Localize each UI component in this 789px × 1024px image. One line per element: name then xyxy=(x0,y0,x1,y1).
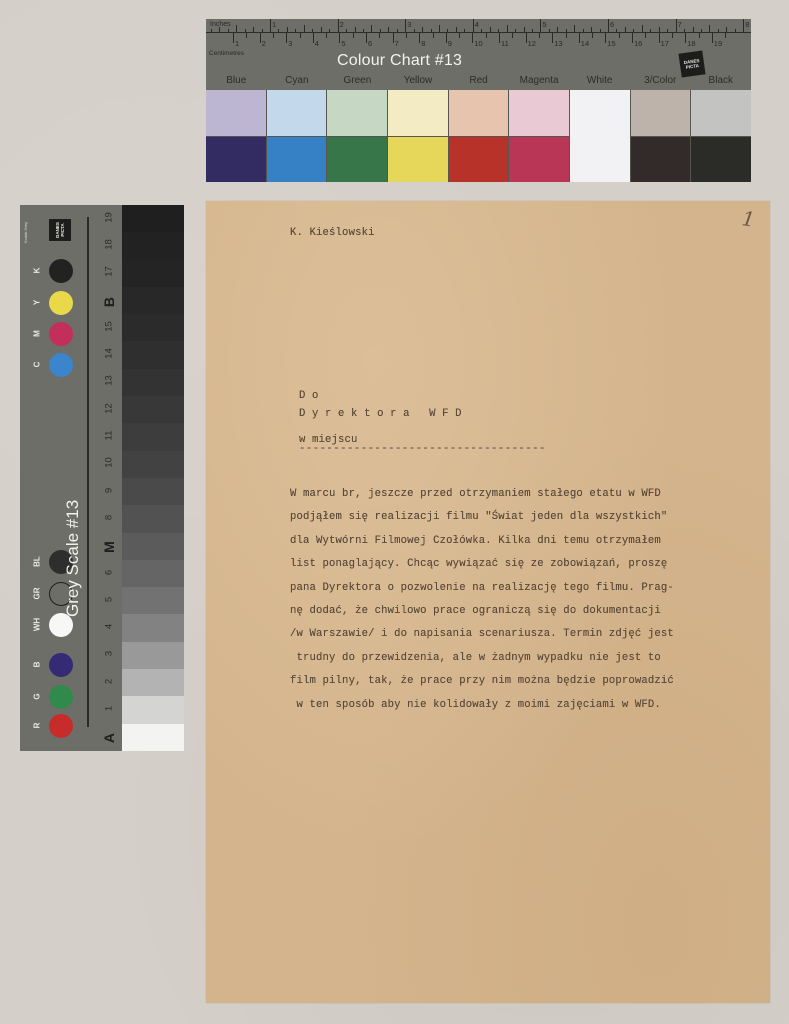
cm-tick xyxy=(446,33,447,43)
grey-step-m xyxy=(122,533,184,560)
minor-tick xyxy=(490,27,491,32)
half-cm-tick xyxy=(725,33,726,38)
grey-step-label: 2 xyxy=(104,672,115,690)
inch-tick-label: 1 xyxy=(272,20,276,29)
letter-body-line: pana Dyrektora o pozwolenie na realizacj… xyxy=(290,582,674,594)
typed-letter-page: 1 K. Kieślowski D o D y r e k t o r a W … xyxy=(206,201,770,1003)
grey-step-label: 19 xyxy=(104,208,115,226)
swatch-label: 3/Color xyxy=(630,75,691,89)
grey-step-a xyxy=(122,724,184,751)
cm-tick xyxy=(632,33,633,43)
cm-tick xyxy=(659,33,660,43)
cm-tick xyxy=(260,33,261,43)
letter-body-line: w ten sposób aby nie kolidowały z moimi … xyxy=(290,699,661,711)
swatch-label: Yellow xyxy=(388,75,449,89)
grey-step-label: 11 xyxy=(104,427,115,445)
half-cm-tick xyxy=(592,33,593,38)
minor-tick xyxy=(380,29,381,32)
half-cm-tick xyxy=(379,33,380,38)
colour-dot-label: C xyxy=(33,358,42,372)
cm-tick-label: 7 xyxy=(395,39,399,48)
cm-tick-label: 15 xyxy=(607,39,615,48)
cm-tick xyxy=(393,33,394,43)
minor-tick xyxy=(278,29,279,32)
swatch-label: Blue xyxy=(206,75,267,89)
colour-dot-label: Y xyxy=(33,296,42,310)
swatch-light-magenta xyxy=(509,90,569,136)
half-cm-tick xyxy=(699,33,700,38)
minor-tick xyxy=(228,29,229,32)
grey-step-5 xyxy=(122,587,184,614)
minor-tick xyxy=(684,29,685,32)
swatch-dark-black xyxy=(691,137,751,183)
colour-dot-m xyxy=(49,322,73,346)
grey-step-18 xyxy=(122,232,184,259)
grey-step-label: 17 xyxy=(104,263,115,281)
minor-tick xyxy=(583,29,584,32)
minor-tick xyxy=(481,29,482,32)
inch-tick-label: 6 xyxy=(610,20,614,29)
half-cm-tick xyxy=(486,33,487,38)
cm-tick-label: 3 xyxy=(288,39,292,48)
grey-step-label: 9 xyxy=(104,481,115,499)
cm-tick xyxy=(499,33,500,43)
cm-tick-label: 9 xyxy=(448,39,452,48)
minor-tick xyxy=(524,27,525,32)
recipient-underline: ------------------------------------ xyxy=(299,443,546,455)
colour-dot-y xyxy=(49,291,73,315)
grey-step-9 xyxy=(122,478,184,505)
cm-tick xyxy=(579,33,580,43)
cm-tick-label: 1 xyxy=(235,39,239,48)
cm-tick-label: 8 xyxy=(421,39,425,48)
colour-dot-r xyxy=(49,714,73,738)
colour-dot-label: R xyxy=(33,719,42,733)
inch-tick-label: 2 xyxy=(340,20,344,29)
colour-dot-label: GR xyxy=(33,587,42,601)
grey-step-label: 5 xyxy=(104,590,115,608)
swatch-label: White xyxy=(569,75,630,89)
cm-tick-label: 18 xyxy=(687,39,695,48)
inch-tick xyxy=(540,19,541,32)
half-cm-tick xyxy=(619,33,620,38)
recipient-line-2: D y r e k t o r a W F D xyxy=(299,408,462,420)
colour-chart-title: Colour Chart #13 xyxy=(337,52,462,70)
grey-step-label: 6 xyxy=(104,563,115,581)
swatch-label: Red xyxy=(448,75,509,89)
cm-tick-label: 11 xyxy=(501,39,509,48)
cm-tick xyxy=(526,33,527,43)
grey-step-label: B xyxy=(101,293,117,311)
grey-step-label: 12 xyxy=(104,399,115,417)
inch-tick xyxy=(743,19,744,32)
half-cm-tick xyxy=(433,33,434,38)
minor-tick xyxy=(600,29,601,32)
half-cm-tick xyxy=(459,33,460,38)
swatch-light-cyan xyxy=(267,90,327,136)
cm-tick-label: 6 xyxy=(368,39,372,48)
half-cm-tick xyxy=(353,33,354,38)
swatch-dark-red xyxy=(449,137,509,183)
minor-tick xyxy=(262,29,263,32)
half-cm-tick xyxy=(539,33,540,38)
grey-step-14 xyxy=(122,341,184,368)
minor-tick xyxy=(371,25,372,32)
minor-tick xyxy=(625,27,626,32)
swatch-dark-3-color xyxy=(631,137,691,183)
minor-tick xyxy=(397,29,398,32)
minor-tick xyxy=(321,27,322,32)
grey-scale-small-text: Kodak Grey xyxy=(23,222,28,243)
colour-dot-label: B xyxy=(33,658,42,672)
minor-tick xyxy=(236,25,237,32)
logo-text: DANES PICTA xyxy=(679,57,704,70)
swatch-dark-cyan xyxy=(267,137,327,183)
cm-tick xyxy=(472,33,473,43)
grey-step-b xyxy=(122,287,184,314)
minor-tick xyxy=(439,25,440,32)
minor-tick xyxy=(549,29,550,32)
grey-step-label: 1 xyxy=(104,700,115,718)
swatch-label: Black xyxy=(691,75,752,89)
grey-step-label: 14 xyxy=(104,345,115,363)
grey-step-4 xyxy=(122,614,184,641)
minor-tick xyxy=(211,29,212,32)
inch-tick-label: 4 xyxy=(475,20,479,29)
cm-tick-label: 4 xyxy=(315,39,319,48)
swatch-dark-blue xyxy=(206,137,266,183)
swatch-label: Magenta xyxy=(509,75,570,89)
minor-tick xyxy=(709,25,710,32)
logo-text: DANES PICTA xyxy=(55,219,65,241)
minor-tick xyxy=(346,29,347,32)
colour-dot-b xyxy=(49,653,73,677)
inch-tick-label: 3 xyxy=(407,20,411,29)
minor-tick xyxy=(219,27,220,32)
minor-tick xyxy=(532,29,533,32)
minor-tick xyxy=(304,25,305,32)
half-cm-tick xyxy=(406,33,407,38)
minor-tick xyxy=(431,29,432,32)
colour-dot-c xyxy=(49,353,73,377)
half-cm-tick xyxy=(512,33,513,38)
letter-body-line: film pilny, tak, że prace przy nim można… xyxy=(290,675,674,687)
colour-dot-label: K xyxy=(33,264,42,278)
letter-body-line: /w Warszawie/ i do napisania scenariusza… xyxy=(290,628,674,640)
minor-tick xyxy=(245,29,246,32)
inch-tick-label: 8 xyxy=(745,20,749,29)
swatch-light-white xyxy=(570,90,630,182)
colour-dot-label: WH xyxy=(33,618,42,632)
grey-step-13 xyxy=(122,369,184,396)
cm-tick xyxy=(605,33,606,43)
inch-tick xyxy=(676,19,677,32)
inch-tick-label: 5 xyxy=(542,20,546,29)
minor-tick xyxy=(515,29,516,32)
minor-tick xyxy=(701,29,702,32)
inch-tick xyxy=(608,19,609,32)
swatch-dark-magenta xyxy=(509,137,569,183)
swatch-labels: BlueCyanGreenYellowRedMagentaWhite3/Colo… xyxy=(206,75,751,89)
minor-tick xyxy=(388,27,389,32)
half-cm-tick xyxy=(300,33,301,38)
minor-tick xyxy=(718,29,719,32)
minor-tick xyxy=(287,27,288,32)
cm-tick-label: 13 xyxy=(554,39,562,48)
cm-tick-label: 12 xyxy=(528,39,536,48)
inch-tick-label: 7 xyxy=(678,20,682,29)
colour-dot-g xyxy=(49,685,73,709)
minor-tick xyxy=(566,29,567,32)
minor-tick xyxy=(693,27,694,32)
grey-steps xyxy=(122,205,184,751)
grey-step-2 xyxy=(122,669,184,696)
grey-step-11 xyxy=(122,423,184,450)
swatch-light-blue xyxy=(206,90,266,136)
swatch-light-green xyxy=(327,90,387,136)
grey-step-label: M xyxy=(101,538,117,556)
cm-tick xyxy=(552,33,553,43)
minor-tick xyxy=(591,27,592,32)
grey-step-19 xyxy=(122,205,184,232)
minor-tick xyxy=(447,29,448,32)
cm-tick-label: 2 xyxy=(262,39,266,48)
swatch-dark-yellow xyxy=(388,137,448,183)
swatch-label: Cyan xyxy=(267,75,328,89)
minor-tick xyxy=(633,29,634,32)
minor-tick xyxy=(667,29,668,32)
handwritten-page-number: 1 xyxy=(740,206,756,232)
minor-tick xyxy=(414,29,415,32)
letter-body-line: nę dodać, że chwilowo prace ograniczą si… xyxy=(290,605,661,617)
divider-line xyxy=(87,217,89,727)
grey-step-label: 13 xyxy=(104,372,115,390)
grey-step-label: 8 xyxy=(104,508,115,526)
letter-body-line: dla Wytwórni Filmowej Czołówka. Kilka dn… xyxy=(290,535,661,547)
swatch-grid xyxy=(206,90,751,182)
grey-step-label: A xyxy=(101,729,117,747)
minor-tick xyxy=(642,25,643,32)
minor-tick xyxy=(363,29,364,32)
letter-body-line: W marcu br, jeszcze przed otrzymaniem st… xyxy=(290,488,661,500)
author-line: K. Kieślowski xyxy=(290,227,375,239)
danes-picta-logo: DANES PICTA xyxy=(678,50,705,77)
minor-tick xyxy=(507,25,508,32)
cm-tick-label: 19 xyxy=(714,39,722,48)
half-cm-tick xyxy=(246,33,247,38)
cm-tick-label: 5 xyxy=(341,39,345,48)
cm-tick xyxy=(712,33,713,43)
minor-tick xyxy=(312,29,313,32)
grey-step-17 xyxy=(122,260,184,287)
cm-tick xyxy=(233,33,234,43)
minor-tick xyxy=(295,29,296,32)
cm-tick xyxy=(339,33,340,43)
inch-tick xyxy=(405,19,406,32)
grey-step-10 xyxy=(122,451,184,478)
minor-tick xyxy=(464,29,465,32)
minor-tick xyxy=(329,29,330,32)
colour-dot-k xyxy=(49,259,73,283)
minor-tick xyxy=(422,27,423,32)
cm-tick xyxy=(286,33,287,43)
half-cm-tick xyxy=(326,33,327,38)
grey-step-label: 3 xyxy=(104,645,115,663)
inch-tick xyxy=(338,19,339,32)
minor-tick xyxy=(456,27,457,32)
colour-dot-label: BL xyxy=(33,555,42,569)
minor-tick xyxy=(355,27,356,32)
letter-body-line: trudny do przewidzenia, ale w żadnym wyp… xyxy=(290,652,661,664)
grey-step-3 xyxy=(122,642,184,669)
inches-label: Inches xyxy=(210,21,231,28)
grey-step-1 xyxy=(122,696,184,723)
swatch-light-black xyxy=(691,90,751,136)
cm-tick-label: 14 xyxy=(581,39,589,48)
letter-body-line: podjąłem się realizacji filmu "Świat jed… xyxy=(290,511,667,523)
recipient-line-1: D o xyxy=(299,390,319,402)
letter-body-line: list ponaglający. Chcąc wywiązać się ze … xyxy=(290,558,667,570)
cm-tick xyxy=(366,33,367,43)
ruler: Inches Centimetres 12345678 123456789101… xyxy=(206,19,751,63)
minor-tick xyxy=(726,27,727,32)
swatch-label: Green xyxy=(327,75,388,89)
cm-tick-label: 16 xyxy=(634,39,642,48)
cm-tick xyxy=(685,33,686,43)
swatch-light-yellow xyxy=(388,90,448,136)
cm-tick-label: 10 xyxy=(474,39,482,48)
centimetres-label: Centimetres xyxy=(209,50,244,57)
minor-tick xyxy=(650,29,651,32)
grey-step-15 xyxy=(122,314,184,341)
minor-tick xyxy=(659,27,660,32)
colour-chart-target: Inches Centimetres 12345678 123456789101… xyxy=(206,19,751,182)
grey-step-label: 4 xyxy=(104,618,115,636)
grey-step-8 xyxy=(122,505,184,532)
danes-picta-logo: DANES PICTA xyxy=(49,219,71,241)
minor-tick xyxy=(574,25,575,32)
half-cm-tick xyxy=(566,33,567,38)
swatch-light-red xyxy=(449,90,509,136)
cm-tick-label: 17 xyxy=(661,39,669,48)
half-cm-tick xyxy=(645,33,646,38)
inch-tick xyxy=(473,19,474,32)
colour-dot-label: G xyxy=(33,690,42,704)
cm-tick xyxy=(313,33,314,43)
grey-step-12 xyxy=(122,396,184,423)
half-cm-tick xyxy=(672,33,673,38)
swatch-light-3-color xyxy=(631,90,691,136)
minor-tick xyxy=(253,27,254,32)
grey-step-label: 15 xyxy=(104,317,115,335)
minor-tick xyxy=(498,29,499,32)
minor-tick xyxy=(557,27,558,32)
minor-tick xyxy=(616,29,617,32)
grey-scale-title: Grey Scale #13 xyxy=(63,500,83,617)
grey-scale-target: Kodak Grey DANES PICTA KYMCBLGRWHBGR Gre… xyxy=(20,205,184,751)
swatch-dark-green xyxy=(327,137,387,183)
grey-step-6 xyxy=(122,560,184,587)
grey-step-label: 10 xyxy=(104,454,115,472)
grey-step-label: 18 xyxy=(104,235,115,253)
inch-tick xyxy=(270,19,271,32)
colour-dot-label: M xyxy=(33,327,42,341)
cm-tick xyxy=(419,33,420,43)
minor-tick xyxy=(735,29,736,32)
half-cm-tick xyxy=(273,33,274,38)
